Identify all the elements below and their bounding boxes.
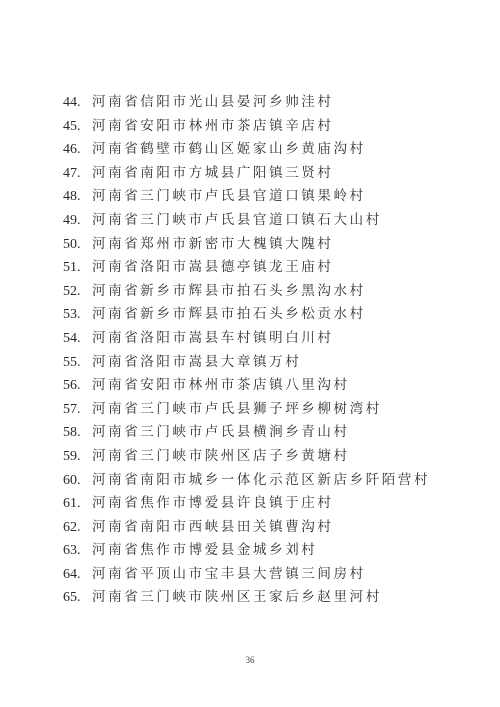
list-item: 53.河南省新乡市辉县市拍石头乡松贡水村 bbox=[63, 303, 430, 327]
item-text: 河南省洛阳市嵩县德亭镇龙王庙村 bbox=[92, 256, 334, 280]
list-item: 49.河南省三门峡市卢氏县官道口镇石大山村 bbox=[63, 209, 430, 233]
list-item: 51.河南省洛阳市嵩县德亭镇龙王庙村 bbox=[63, 256, 430, 280]
item-text: 河南省焦作市博爱县许良镇于庄村 bbox=[92, 492, 334, 516]
item-text: 河南省郑州市新密市大槐镇大隗村 bbox=[92, 233, 334, 257]
item-number: 64. bbox=[63, 563, 92, 587]
item-number: 53. bbox=[63, 303, 92, 327]
item-number: 55. bbox=[63, 351, 92, 375]
item-number: 45. bbox=[63, 115, 92, 139]
item-number: 51. bbox=[63, 256, 92, 280]
item-text: 河南省鹤壁市鹤山区姬家山乡黄庙沟村 bbox=[92, 138, 366, 162]
item-text: 河南省信阳市光山县晏河乡帅洼村 bbox=[92, 91, 334, 115]
item-text: 河南省洛阳市嵩县大章镇万村 bbox=[92, 351, 301, 375]
item-text: 河南省三门峡市卢氏县横涧乡青山村 bbox=[92, 421, 350, 445]
list-item: 62.河南省南阳市西峡县田关镇曹沟村 bbox=[63, 516, 430, 540]
item-number: 47. bbox=[63, 162, 92, 186]
list-item: 61.河南省焦作市博爱县许良镇于庄村 bbox=[63, 492, 430, 516]
item-text: 河南省三门峡市陕州区店子乡黄塘村 bbox=[92, 445, 350, 469]
item-number: 48. bbox=[63, 185, 92, 209]
item-number: 46. bbox=[63, 138, 92, 162]
village-list: 44.河南省信阳市光山县晏河乡帅洼村 45.河南省安阳市林州市茶店镇辛店村 46… bbox=[63, 91, 430, 610]
list-item: 48.河南省三门峡市卢氏县官道口镇果岭村 bbox=[63, 185, 430, 209]
list-item: 54.河南省洛阳市嵩县车村镇明白川村 bbox=[63, 327, 430, 351]
item-text: 河南省新乡市辉县市拍石头乡黑沟水村 bbox=[92, 280, 366, 304]
list-item: 45.河南省安阳市林州市茶店镇辛店村 bbox=[63, 115, 430, 139]
list-item: 52.河南省新乡市辉县市拍石头乡黑沟水村 bbox=[63, 280, 430, 304]
page-number: 36 bbox=[0, 655, 500, 665]
item-number: 58. bbox=[63, 421, 92, 445]
item-number: 59. bbox=[63, 445, 92, 469]
list-item: 63.河南省焦作市博爱县金城乡刘村 bbox=[63, 539, 430, 563]
item-text: 河南省平顶山市宝丰县大营镇三间房村 bbox=[92, 563, 366, 587]
item-number: 50. bbox=[63, 233, 92, 257]
item-number: 62. bbox=[63, 516, 92, 540]
list-item: 64.河南省平顶山市宝丰县大营镇三间房村 bbox=[63, 563, 430, 587]
item-text: 河南省三门峡市卢氏县官道口镇石大山村 bbox=[92, 209, 382, 233]
item-text: 河南省三门峡市卢氏县狮子坪乡柳树湾村 bbox=[92, 398, 382, 422]
item-text: 河南省洛阳市嵩县车村镇明白川村 bbox=[92, 327, 334, 351]
item-text: 河南省三门峡市卢氏县官道口镇果岭村 bbox=[92, 185, 366, 209]
item-number: 49. bbox=[63, 209, 92, 233]
list-item: 44.河南省信阳市光山县晏河乡帅洼村 bbox=[63, 91, 430, 115]
document-page: 44.河南省信阳市光山县晏河乡帅洼村 45.河南省安阳市林州市茶店镇辛店村 46… bbox=[0, 0, 500, 707]
item-text: 河南省安阳市林州市茶店镇八里沟村 bbox=[92, 374, 350, 398]
list-item: 60.河南省南阳市城乡一体化示范区新店乡阡陌营村 bbox=[63, 469, 430, 493]
item-number: 52. bbox=[63, 280, 92, 304]
item-number: 65. bbox=[63, 586, 92, 610]
list-item: 58.河南省三门峡市卢氏县横涧乡青山村 bbox=[63, 421, 430, 445]
list-item: 57.河南省三门峡市卢氏县狮子坪乡柳树湾村 bbox=[63, 398, 430, 422]
item-number: 54. bbox=[63, 327, 92, 351]
list-item: 46.河南省鹤壁市鹤山区姬家山乡黄庙沟村 bbox=[63, 138, 430, 162]
list-item: 55.河南省洛阳市嵩县大章镇万村 bbox=[63, 351, 430, 375]
item-text: 河南省南阳市城乡一体化示范区新店乡阡陌营村 bbox=[92, 469, 430, 493]
list-item: 59.河南省三门峡市陕州区店子乡黄塘村 bbox=[63, 445, 430, 469]
item-text: 河南省焦作市博爱县金城乡刘村 bbox=[92, 539, 317, 563]
item-text: 河南省南阳市西峡县田关镇曹沟村 bbox=[92, 516, 334, 540]
item-number: 44. bbox=[63, 91, 92, 115]
list-item: 47.河南省南阳市方城县广阳镇三贤村 bbox=[63, 162, 430, 186]
list-item: 56.河南省安阳市林州市茶店镇八里沟村 bbox=[63, 374, 430, 398]
list-item: 50.河南省郑州市新密市大槐镇大隗村 bbox=[63, 233, 430, 257]
item-number: 60. bbox=[63, 469, 92, 493]
item-text: 河南省新乡市辉县市拍石头乡松贡水村 bbox=[92, 303, 366, 327]
list-item: 65.河南省三门峡市陕州区王家后乡赵里河村 bbox=[63, 586, 430, 610]
item-number: 57. bbox=[63, 398, 92, 422]
item-text: 河南省三门峡市陕州区王家后乡赵里河村 bbox=[92, 586, 382, 610]
item-number: 56. bbox=[63, 374, 92, 398]
item-number: 63. bbox=[63, 539, 92, 563]
item-text: 河南省南阳市方城县广阳镇三贤村 bbox=[92, 162, 334, 186]
item-number: 61. bbox=[63, 492, 92, 516]
item-text: 河南省安阳市林州市茶店镇辛店村 bbox=[92, 115, 334, 139]
